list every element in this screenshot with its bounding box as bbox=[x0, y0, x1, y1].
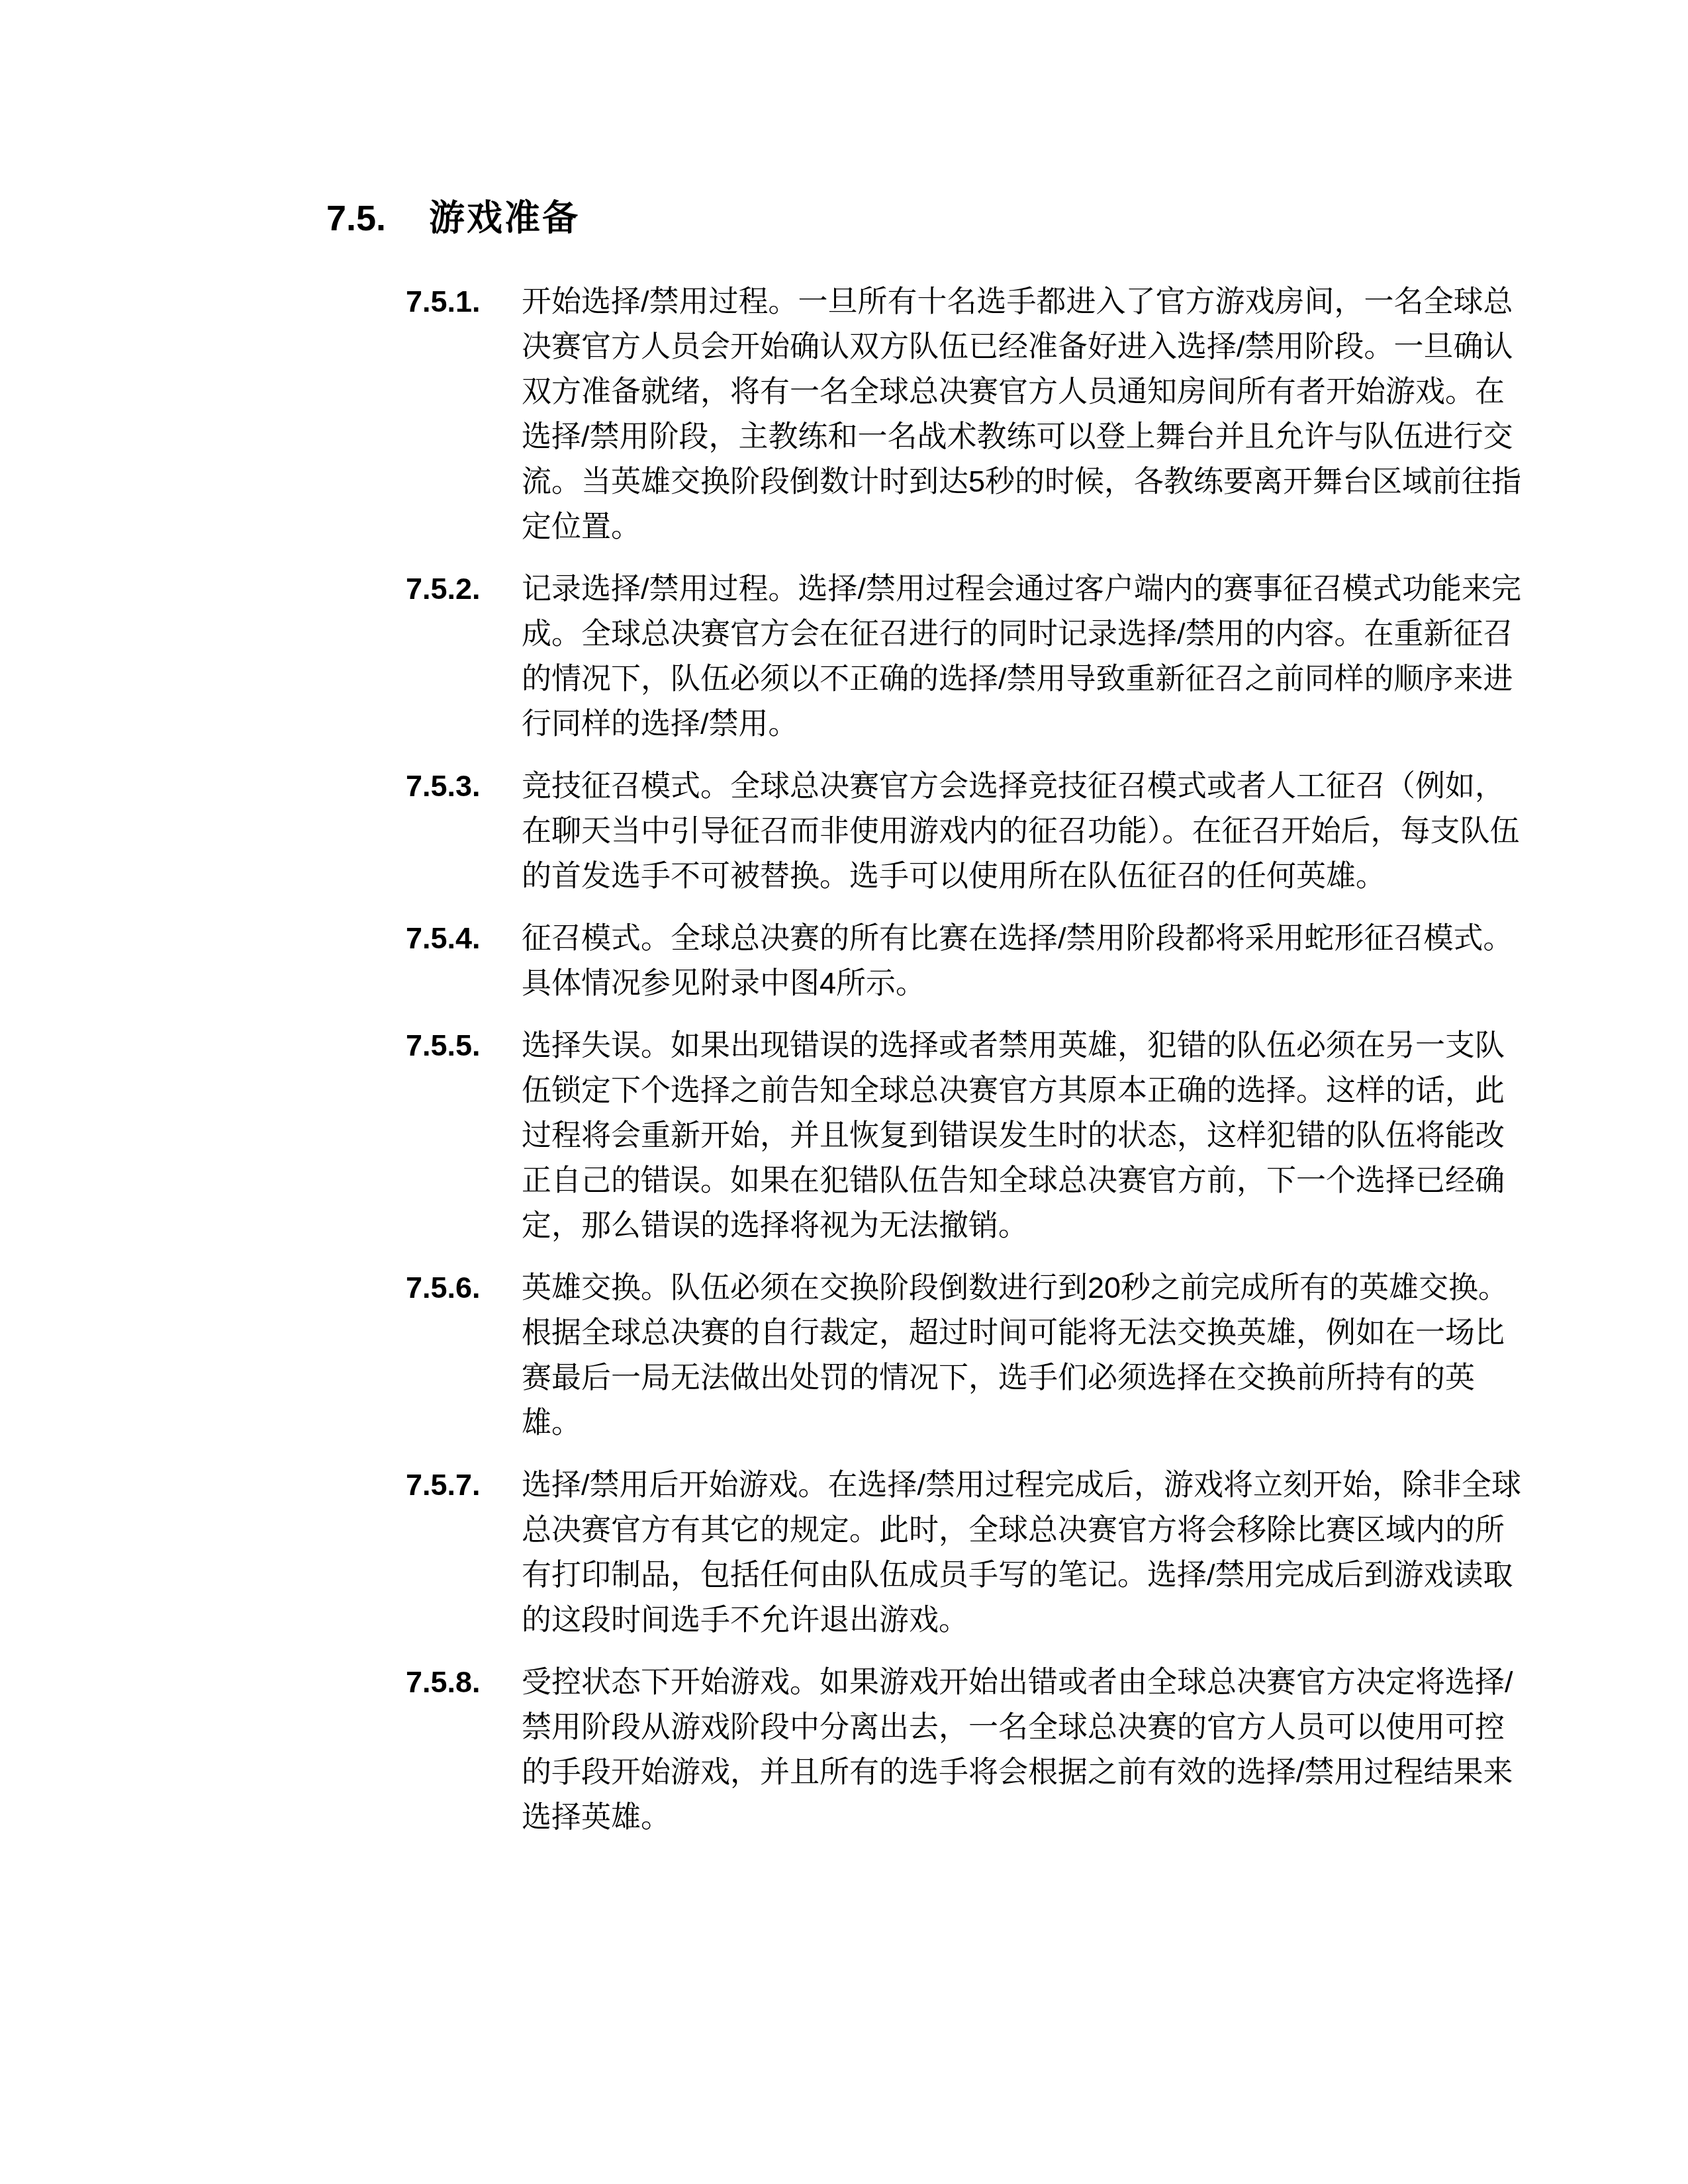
rule-number: 7.5.6. bbox=[406, 1265, 522, 1310]
section-heading-number: 7.5. bbox=[326, 197, 429, 240]
rule-number: 7.5.1. bbox=[406, 279, 522, 324]
rule-number: 7.5.2. bbox=[406, 567, 522, 612]
rule-item: 7.5.4. 征召模式。全球总决赛的所有比赛在选择/禁用阶段都将采用蛇形征召模式… bbox=[406, 916, 1531, 1006]
rule-text: 英雄交换。队伍必须在交换阶段倒数进行到20秒之前完成所有的英雄交换。根据全球总决… bbox=[522, 1265, 1528, 1445]
rule-number: 7.5.8. bbox=[406, 1660, 522, 1705]
rule-item: 7.5.8. 受控状态下开始游戏。如果游戏开始出错或者由全球总决赛官方决定将选择… bbox=[406, 1660, 1531, 1840]
rule-text: 受控状态下开始游戏。如果游戏开始出错或者由全球总决赛官方决定将选择/禁用阶段从游… bbox=[522, 1660, 1528, 1840]
rule-text: 选择/禁用后开始游戏。在选择/禁用过程完成后，游戏将立刻开始，除非全球总决赛官方… bbox=[522, 1463, 1528, 1643]
rule-text: 记录选择/禁用过程。选择/禁用过程会通过客户端内的赛事征召模式功能来完成。全球总… bbox=[522, 567, 1528, 747]
rule-number: 7.5.4. bbox=[406, 916, 522, 961]
rule-number: 7.5.7. bbox=[406, 1463, 522, 1508]
rule-text: 竞技征召模式。全球总决赛官方会选择竞技征召模式或者人工征召（例如，在聊天当中引导… bbox=[522, 764, 1528, 899]
rule-item: 7.5.6. 英雄交换。队伍必须在交换阶段倒数进行到20秒之前完成所有的英雄交换… bbox=[406, 1265, 1531, 1445]
rule-number: 7.5.3. bbox=[406, 764, 522, 809]
rule-item: 7.5.5. 选择失误。如果出现错误的选择或者禁用英雄，犯错的队伍必须在另一支队… bbox=[406, 1023, 1531, 1248]
rule-item: 7.5.7. 选择/禁用后开始游戏。在选择/禁用过程完成后，游戏将立刻开始，除非… bbox=[406, 1463, 1531, 1643]
rule-text: 征召模式。全球总决赛的所有比赛在选择/禁用阶段都将采用蛇形征召模式。具体情况参见… bbox=[522, 916, 1528, 1006]
section-heading: 7.5. 游戏准备 bbox=[326, 197, 580, 240]
document-page: 7.5. 游戏准备 7.5.1. 开始选择/禁用过程。一旦所有十名选手都进入了官… bbox=[0, 0, 1688, 2184]
rule-number: 7.5.5. bbox=[406, 1023, 522, 1068]
rule-text: 开始选择/禁用过程。一旦所有十名选手都进入了官方游戏房间，一名全球总决赛官方人员… bbox=[522, 279, 1528, 549]
rules-list: 7.5.1. 开始选择/禁用过程。一旦所有十名选手都进入了官方游戏房间，一名全球… bbox=[406, 279, 1531, 1857]
section-heading-title: 游戏准备 bbox=[429, 197, 580, 240]
rule-item: 7.5.1. 开始选择/禁用过程。一旦所有十名选手都进入了官方游戏房间，一名全球… bbox=[406, 279, 1531, 549]
rule-item: 7.5.2. 记录选择/禁用过程。选择/禁用过程会通过客户端内的赛事征召模式功能… bbox=[406, 567, 1531, 747]
rule-text: 选择失误。如果出现错误的选择或者禁用英雄，犯错的队伍必须在另一支队伍锁定下个选择… bbox=[522, 1023, 1528, 1248]
rule-item: 7.5.3. 竞技征召模式。全球总决赛官方会选择竞技征召模式或者人工征召（例如，… bbox=[406, 764, 1531, 899]
